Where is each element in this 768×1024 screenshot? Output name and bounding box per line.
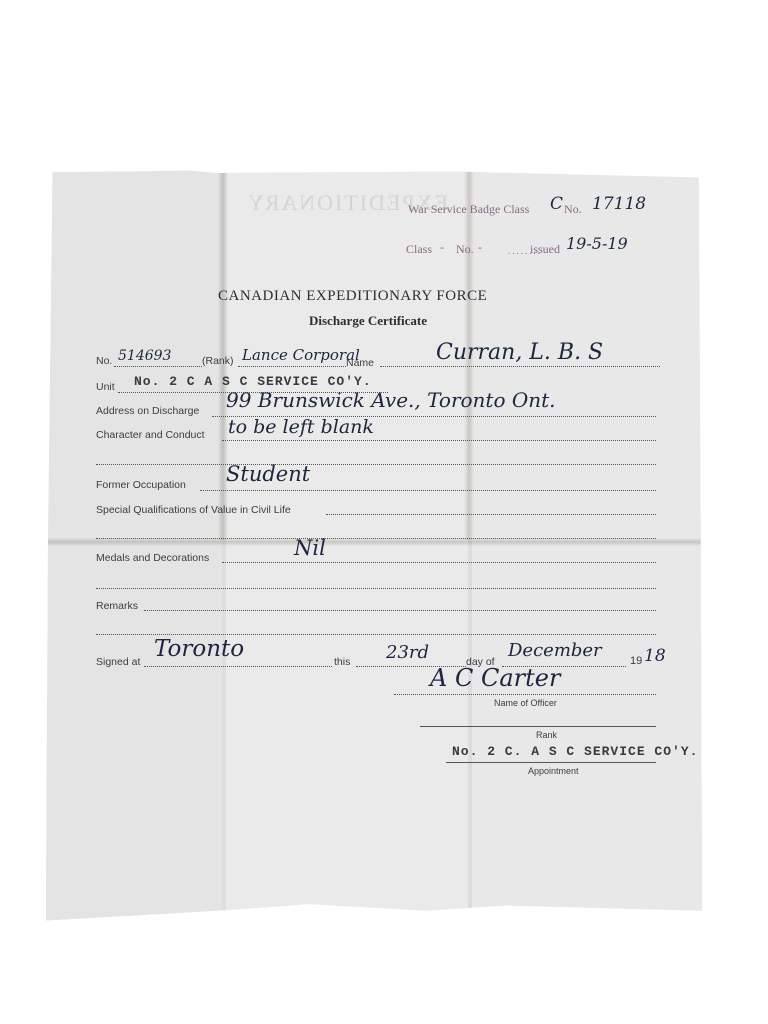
fold-crease <box>46 538 702 546</box>
blank-line <box>96 588 656 589</box>
signed-at-label: Signed at <box>96 656 140 668</box>
character-label: Character and Conduct <box>96 429 205 441</box>
no-value: - <box>478 240 482 255</box>
appointment-line <box>446 762 656 763</box>
no-line <box>114 366 202 367</box>
character-value: to be left blank <box>228 416 374 438</box>
appointment-value: No. 2 C. A S C SERVICE CO'Y. <box>452 744 698 759</box>
name-of-officer-label: Name of Officer <box>494 698 557 708</box>
year-prefix: 19 <box>630 655 642 667</box>
day-value: 23rd <box>386 642 429 663</box>
rank-signature-line <box>420 726 656 727</box>
name-line <box>380 366 660 367</box>
officer-rank-label: Rank <box>536 730 557 740</box>
character-line <box>222 440 656 441</box>
fold-crease <box>468 540 472 920</box>
document-subtitle: Discharge Certificate <box>309 313 427 329</box>
fold-crease <box>222 540 226 920</box>
badge-class-label: War Service Badge Class <box>408 202 529 217</box>
address-value: 99 Brunswick Ave., Toronto Ont. <box>226 388 556 412</box>
badge-no-label: No. <box>564 202 582 217</box>
occupation-label: Former Occupation <box>96 479 186 491</box>
blank-line <box>96 464 656 465</box>
qualifications-label: Special Qualifications of Value in Civil… <box>96 504 291 516</box>
issued-date-value: 19-5-19 <box>566 234 628 253</box>
regimental-number: 514693 <box>118 348 171 364</box>
officer-line <box>394 694 656 695</box>
remarks-line <box>144 610 656 611</box>
appointment-label: Appointment <box>528 766 579 776</box>
class-value: - <box>440 240 444 255</box>
officer-signature: A C Carter <box>430 664 560 692</box>
blank-line <box>96 538 656 539</box>
medals-label: Medals and Decorations <box>96 552 209 564</box>
address-label: Address on Discharge <box>96 405 199 417</box>
signed-at-line <box>144 666 332 667</box>
medals-value: Nil <box>294 536 326 560</box>
document-title: CANADIAN EXPEDITIONARY FORCE <box>218 288 487 305</box>
name-label: Name <box>346 357 374 369</box>
rank-label: (Rank) <box>202 355 234 367</box>
blank-line <box>96 634 656 635</box>
month-value: December <box>508 640 602 661</box>
this-label: this <box>334 656 350 668</box>
class-label: Class <box>406 242 432 257</box>
rank-line <box>238 366 346 367</box>
unit-value: No. 2 C A S C SERVICE CO'Y. <box>134 374 372 389</box>
paper-panel-middle <box>222 170 469 922</box>
occupation-value: Student <box>226 462 310 486</box>
year-suffix: 18 <box>644 646 666 666</box>
qualifications-line <box>326 514 656 515</box>
remarks-label: Remarks <box>96 600 138 612</box>
unit-label: Unit <box>96 381 115 393</box>
discharge-certificate: EXPEDITIONARY War Service Badge Class C … <box>46 170 702 922</box>
signed-at-value: Toronto <box>154 636 244 662</box>
issued-label: issued <box>530 242 560 257</box>
medals-line <box>222 562 656 563</box>
no-label: No. <box>456 242 474 257</box>
paper-panel-left <box>46 170 222 922</box>
rank-value: Lance Corporal <box>242 346 360 364</box>
no-label: No. <box>96 355 112 367</box>
name-value: Curran, L. B. S <box>436 340 603 365</box>
paper-panel-right <box>469 170 702 922</box>
occupation-line <box>200 490 656 491</box>
badge-class-value: C <box>550 194 563 214</box>
badge-number-value: 17118 <box>592 194 646 214</box>
